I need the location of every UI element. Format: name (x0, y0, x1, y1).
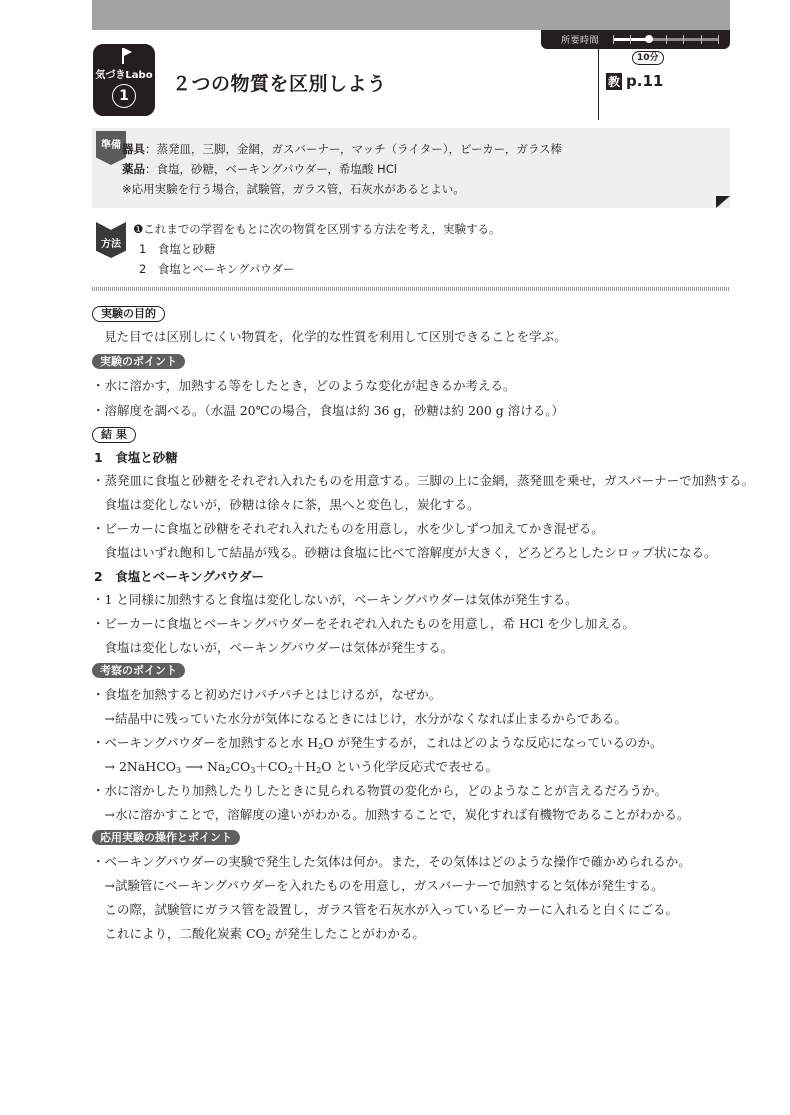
time-required-bar: 所要時間 (541, 30, 730, 49)
time-tick (613, 35, 614, 44)
top-band (92, 0, 730, 30)
time-tick (683, 35, 684, 44)
time-value-badge: 10分 (632, 51, 664, 65)
results-subheading: 1 食塩と砂糖 (94, 448, 178, 466)
text: → 2NaHCO (92, 759, 176, 774)
prep-note: ※応用実験を行う場合，試験管，ガラス管，石灰水があるとよい。 (122, 179, 562, 199)
corner-fold-icon (716, 196, 730, 208)
method-intro: ❶これまでの学習をもとに次の物質を区別する方法を考え，実験する。 (133, 219, 501, 239)
method-content: ❶これまでの学習をもとに次の物質を区別する方法を考え，実験する。 1 食塩と砂糖… (133, 219, 501, 279)
header-divider (598, 49, 599, 120)
discussion-line: ・食塩を加熱すると初めだけパチパチとはじけるが，なぜか。 (92, 685, 441, 703)
discussion-line: →結晶中に残っていた水分が気体になるときにはじけ，水分がなくなれば止まるからであ… (92, 709, 627, 727)
text: O という化学反応式で表せる。 (321, 759, 498, 774)
equipment-label: 器具 (122, 142, 145, 156)
applied-line: ・ベーキングパウダーの実験で発生した気体は何か。また，その気体はどのような操作で… (92, 852, 691, 870)
discussion-heading: 考察のポイント (92, 663, 185, 678)
text: CO (230, 759, 250, 774)
results-line: 食塩はいずれ飽和して結晶が残る。砂糖は食塩に比べて溶解度が大きく，どろどろとした… (92, 543, 717, 561)
purpose-text: 見た目では区別しにくい物質を，化学的な性質を利用して区別できることを学ぶ。 (104, 327, 567, 345)
equipment-text: ：蒸発皿，三脚，金網，ガスバーナー，マッチ（ライター），ビーカー，ガラス棒 (145, 142, 562, 156)
preparation-content: 器具：蒸発皿，三脚，金網，ガスバーナー，マッチ（ライター），ビーカー，ガラス棒 … (122, 139, 562, 199)
dotted-divider (92, 287, 730, 291)
results-line: ・1 と同様に加熱すると食塩は変化しないが，ベーキングパウダーは気体が発生する。 (92, 590, 578, 608)
text: ⟶ Na (181, 759, 225, 774)
results-heading: 結 果 (92, 427, 136, 443)
applied-line: →試験管にベーキングパウダーを入れたものを用意し，ガスバーナーで加熱すると気体が… (92, 876, 664, 894)
page-title: ２つの物質を区別しよう (172, 69, 387, 96)
time-track (613, 38, 719, 41)
time-marker-icon (645, 35, 653, 43)
text: が発生したことがわかる。 (271, 926, 425, 941)
discussion-line: ・ベーキングパウダーを加熱すると水 H2O が発生するが，これはどのような反応に… (92, 733, 662, 751)
textbook-page: p.11 (626, 72, 663, 90)
time-tick (666, 35, 667, 44)
results-line: 食塩は変化しないが，砂糖は徐々に茶，黒へと変色し，炭化する。 (92, 495, 480, 513)
equipment-line: 器具：蒸発皿，三脚，金網，ガスバーナー，マッチ（ライター），ビーカー，ガラス棒 (122, 139, 562, 159)
points-line: ・水に溶かす，加熱する等をしたとき，どのような変化が起きるか考える。 (92, 376, 516, 394)
results-subheading: 2 食塩とベーキングパウダー (94, 567, 264, 585)
time-tick (701, 35, 702, 44)
textbook-icon: 教 (606, 73, 622, 90)
chemical-equation: → 2NaHCO3 ⟶ Na2CO3＋CO2＋H2O という化学反応式で表せる。 (92, 757, 498, 775)
text: ＋H (293, 759, 316, 774)
time-tick (630, 35, 631, 44)
results-line: 食塩は変化しないが，ベーキングパウダーは気体が発生する。 (92, 638, 453, 656)
labo-number: 1 (112, 84, 136, 108)
results-line: ・ビーカーに食塩と砂糖をそれぞれ入れたものを用意し，水を少しずつ加えてかき混ぜる… (92, 519, 604, 537)
labo-badge: 気づきLabo 1 (93, 44, 155, 116)
reagents-text: ：食塩，砂糖，ベーキングパウダー，希塩酸 HCl (145, 162, 397, 176)
applied-heading: 応用実験の操作とポイント (92, 830, 240, 845)
applied-line: これにより，二酸化炭素 CO2 が発生したことがわかる。 (92, 924, 425, 942)
points-line: ・溶解度を調べる。（水温 20℃の場合，食塩は約 36 g，砂糖は約 200 g… (92, 401, 564, 419)
labo-name: 気づきLabo (93, 66, 155, 81)
flag-icon (122, 48, 124, 64)
text: O が発生するが，これはどのような反応になっているのか。 (323, 735, 662, 750)
reagents-line: 薬品：食塩，砂糖，ベーキングパウダー，希塩酸 HCl (122, 159, 562, 179)
method-tag: 方法 (96, 222, 126, 258)
text: ＋CO (255, 759, 287, 774)
textbook-reference: 教p.11 (606, 72, 663, 90)
results-line: ・ビーカーに食塩とベーキングパウダーをそれぞれ入れたものを用意し，希 HCl を… (92, 614, 635, 632)
points-heading: 実験のポイント (92, 354, 185, 369)
time-tick (718, 35, 719, 44)
text: これにより，二酸化炭素 CO (92, 926, 266, 941)
results-line: ・蒸発皿に食塩と砂糖をそれぞれ入れたものを用意する。三脚の上に金網，蒸発皿を乗せ… (92, 471, 754, 489)
purpose-heading: 実験の目的 (92, 306, 165, 322)
applied-line: この際，試験管にガラス管を設置し，ガラス管を石灰水が入っているビーカーに入れると… (92, 900, 678, 918)
method-item: 2 食塩とベーキングパウダー (133, 259, 501, 279)
discussion-line: →水に溶かすことで，溶解度の違いがわかる。加熱することで，炭化すれば有機物である… (92, 805, 689, 823)
time-required-label: 所要時間 (561, 33, 599, 46)
text: ・ベーキングパウダーを加熱すると水 H (92, 735, 318, 750)
discussion-line: ・水に溶かしたり加熱したりしたときに見られる物質の変化から，どのようなことが言え… (92, 781, 667, 799)
method-item: 1 食塩と砂糖 (133, 239, 501, 259)
reagents-label: 薬品 (122, 162, 145, 176)
